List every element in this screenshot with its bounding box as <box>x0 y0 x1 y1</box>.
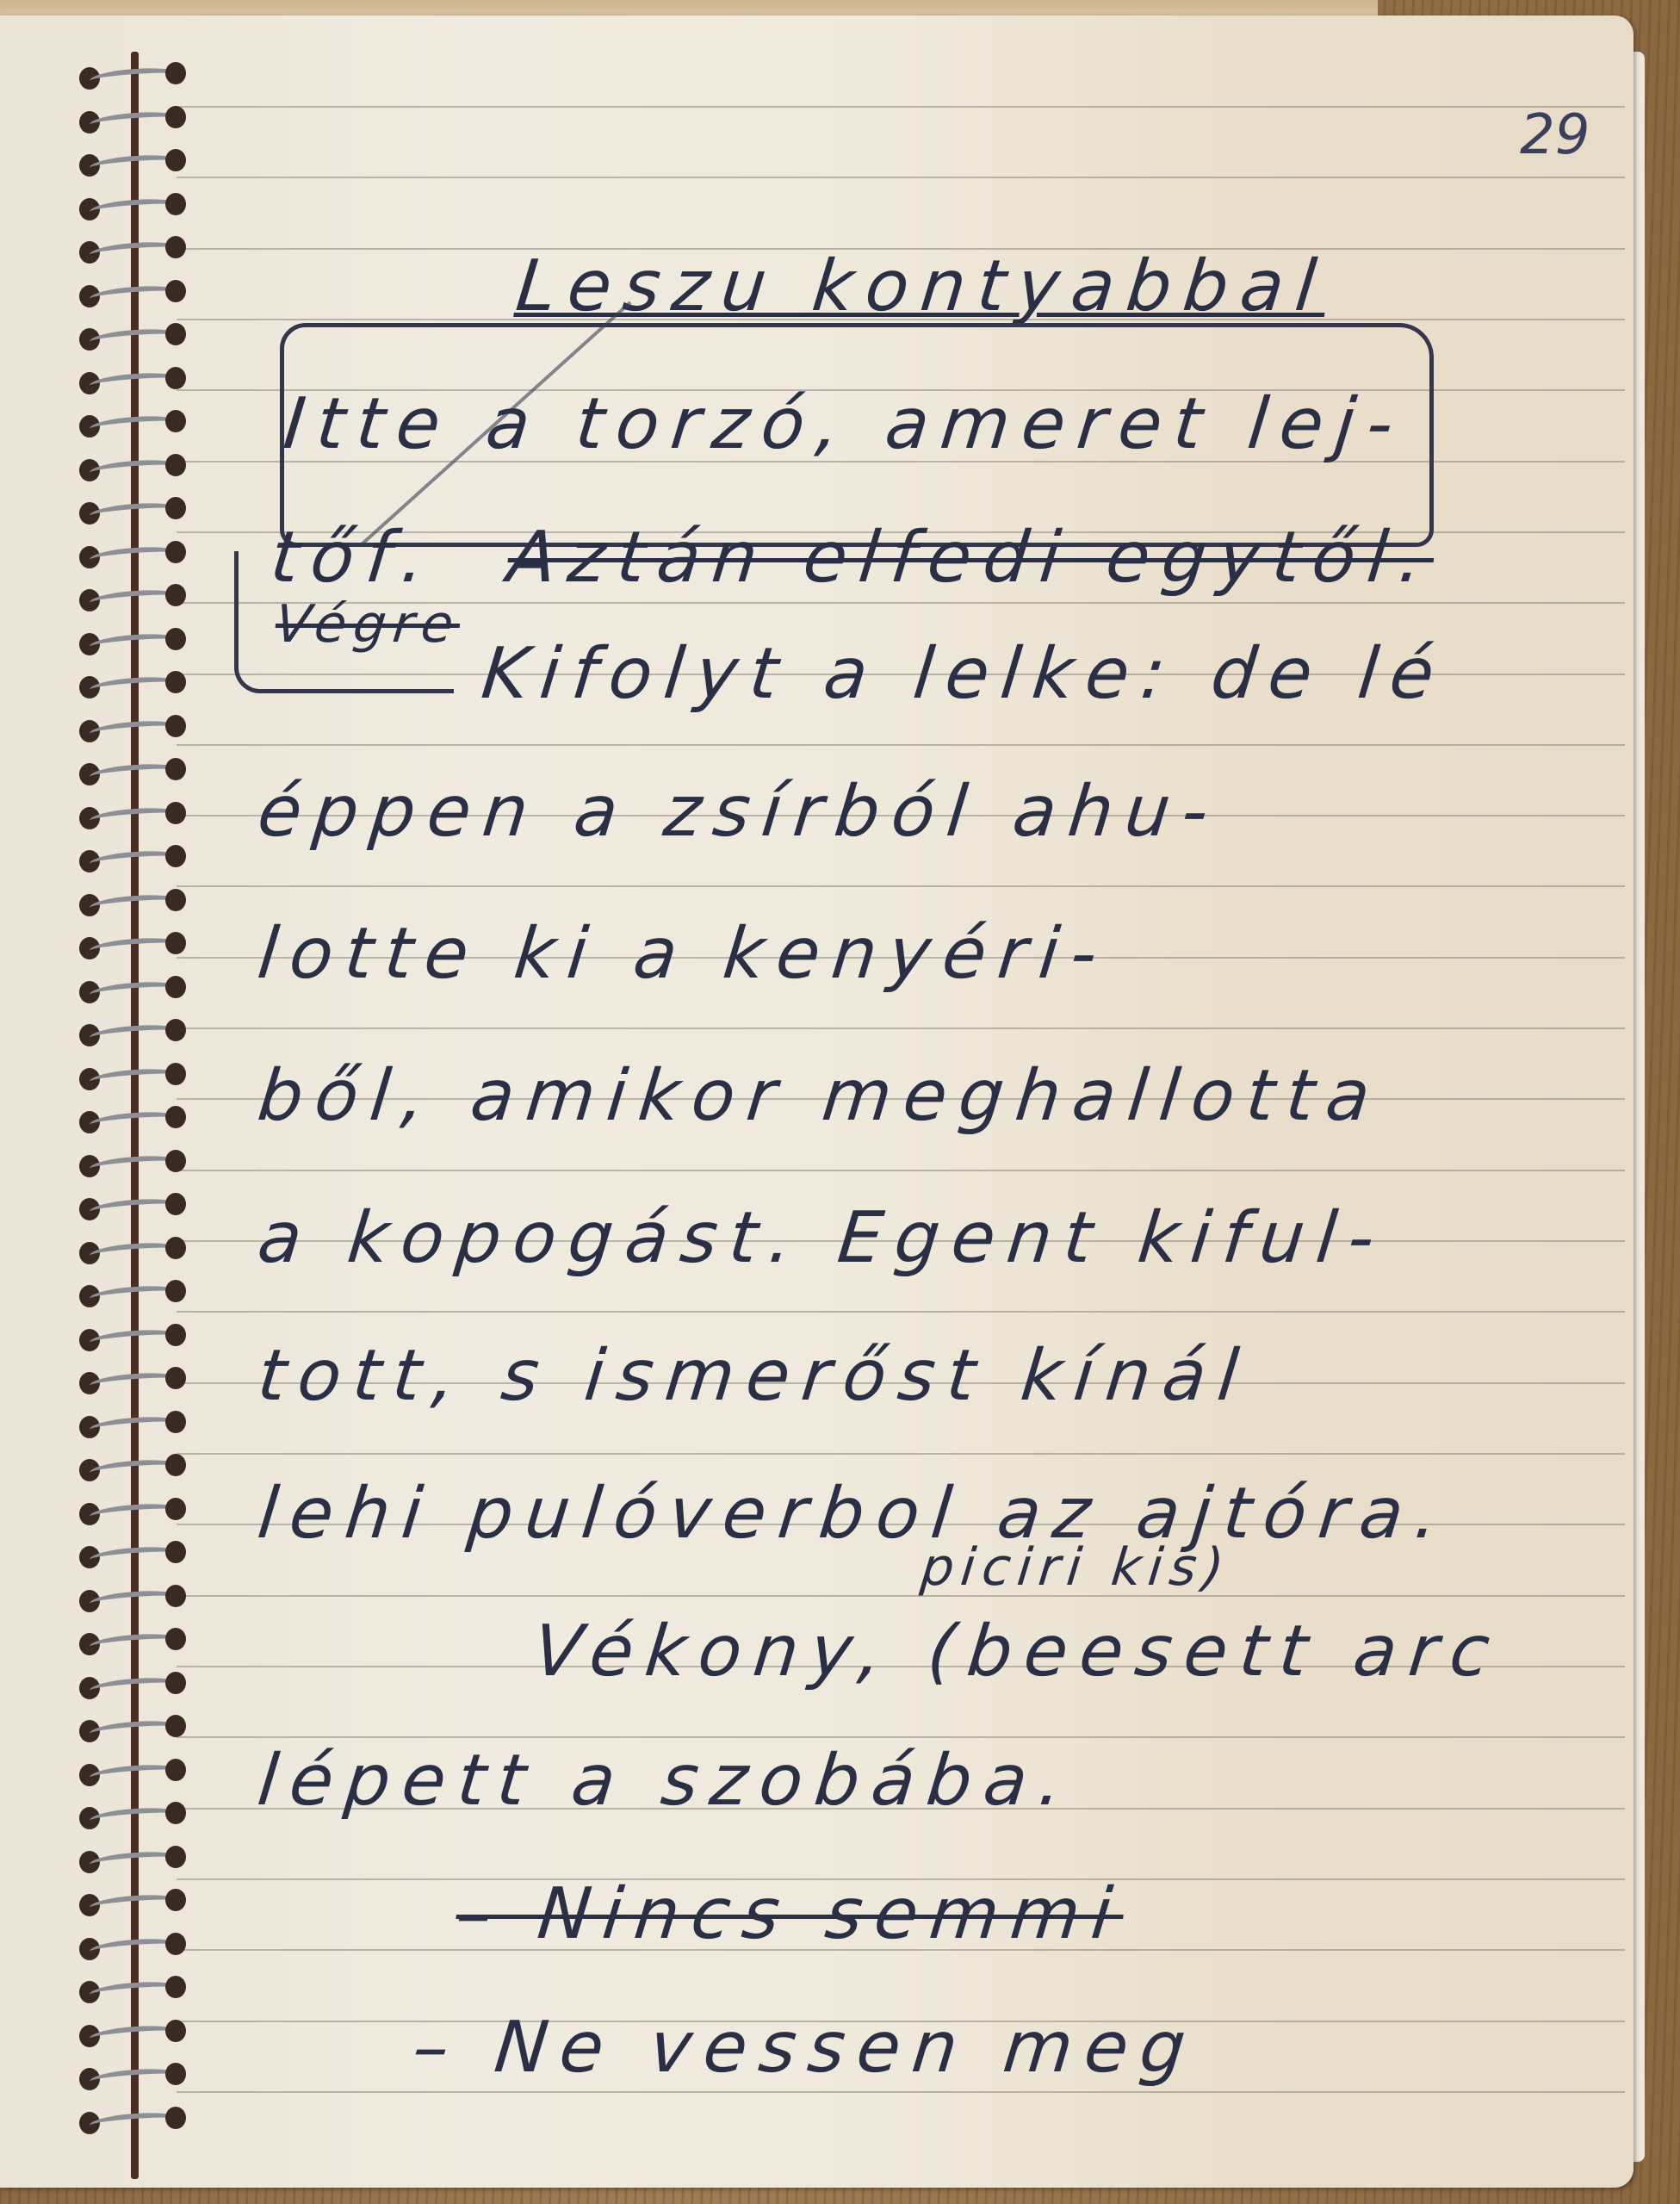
spiral-coil <box>79 1496 191 1530</box>
punch-hole <box>165 2020 186 2042</box>
spiral-coil <box>79 1670 191 1704</box>
spiral-coil <box>79 452 191 487</box>
spiral-coil <box>79 669 191 704</box>
spiral-coil <box>79 539 191 574</box>
punch-hole <box>165 1454 186 1476</box>
text-line: tott, s ismerőst kínál <box>254 1335 1254 1417</box>
spiral-coil <box>79 1409 191 1443</box>
spiral-coil <box>79 1844 191 1878</box>
punch-hole <box>165 454 186 476</box>
spiral-coil <box>79 278 191 313</box>
spiral-coil <box>79 1757 191 1791</box>
spiral-coil <box>79 930 191 965</box>
spiral-coil <box>79 2061 191 2095</box>
punch-hole <box>165 1585 186 1607</box>
spiral-coil <box>79 1322 191 1357</box>
spiral-coil <box>79 321 191 356</box>
ruled-line <box>177 1027 1625 1029</box>
spiral-coil <box>79 1061 191 1096</box>
punch-hole <box>165 2107 186 2129</box>
punch-hole <box>165 1106 186 1128</box>
punch-hole <box>165 845 186 867</box>
ruled-line <box>177 1170 1625 1171</box>
punch-hole <box>165 1889 186 1911</box>
punch-hole <box>165 715 186 737</box>
spiral-coil <box>79 1539 191 1574</box>
punch-hole <box>165 323 186 345</box>
punch-hole <box>165 1715 186 1737</box>
margin-struck-word: Végre <box>272 594 462 655</box>
spiral-coil <box>79 1278 191 1313</box>
punch-hole <box>165 2063 186 2085</box>
spiral-coil <box>79 843 191 878</box>
punch-hole <box>165 671 186 693</box>
punch-hole <box>165 1280 186 1302</box>
punch-hole <box>165 976 186 998</box>
title-struck: Leszu kontyabbal <box>512 245 1332 327</box>
punch-hole <box>165 367 186 389</box>
spiral-coil <box>79 1583 191 1617</box>
page-number: 29 <box>1520 103 1590 167</box>
punch-hole <box>165 62 186 84</box>
punch-hole <box>165 1802 186 1824</box>
punch-hole <box>165 802 186 824</box>
spiral-coil <box>79 1974 191 2008</box>
punch-hole <box>165 541 186 563</box>
spiral-coil <box>79 887 191 922</box>
spiral-coil <box>79 191 191 226</box>
punch-hole <box>165 410 186 432</box>
text-line: lehi pulóverbol az ajtóra. <box>254 1473 1454 1555</box>
punch-hole <box>165 1672 186 1694</box>
ruled-line <box>177 744 1625 746</box>
ruled-line <box>177 106 1625 108</box>
ruled-line <box>177 2091 1625 2093</box>
spiral-coil <box>79 60 191 95</box>
punch-hole <box>165 1411 186 1433</box>
punch-hole <box>165 758 186 780</box>
spiral-coil <box>79 1191 191 1226</box>
punch-hole <box>165 1541 186 1563</box>
punch-hole <box>165 1498 186 1520</box>
spiral-coil <box>79 234 191 269</box>
punch-hole <box>165 584 186 606</box>
punch-hole <box>165 1367 186 1389</box>
spiral-coil <box>79 1017 191 1052</box>
spiral-coil <box>79 365 191 400</box>
spiral-coil <box>79 974 191 1009</box>
ruled-line <box>177 1311 1625 1313</box>
spiral-coil <box>79 713 191 748</box>
punch-hole <box>165 106 186 128</box>
punch-hole <box>165 1324 186 1346</box>
punch-hole <box>165 628 186 650</box>
punch-hole <box>165 1063 186 1085</box>
spiral-coil <box>79 756 191 791</box>
boxed-line-1: Itte a torzó, ameret lej- <box>280 383 1409 465</box>
spiral-coil <box>79 147 191 182</box>
punch-hole <box>165 1933 186 1955</box>
ruled-line <box>177 1736 1625 1738</box>
spiral-coil <box>79 1452 191 1487</box>
punch-hole <box>165 1237 186 1259</box>
punch-hole <box>165 1193 186 1215</box>
spiral-coil <box>79 626 191 661</box>
text-line: ből, amikor meghallotta <box>254 1055 1386 1137</box>
spiral-coil <box>79 1800 191 1835</box>
ruled-line <box>177 1453 1625 1455</box>
spiral-coil <box>79 495 191 530</box>
insertion-text: piciri kis) <box>918 1537 1233 1598</box>
spiral-coil <box>79 1104 191 1139</box>
spiral-coil <box>79 1148 191 1183</box>
text-line: a kopogást. Egent kiful- <box>254 1197 1390 1279</box>
punch-hole <box>165 1628 186 1650</box>
spiral-coil <box>79 800 191 835</box>
text-line: – Ne vessen meg <box>409 2007 1201 2089</box>
spiral-coil <box>79 2018 191 2052</box>
text-line: lépett a szobába. <box>254 1740 1078 1822</box>
spiral-coil <box>79 1713 191 1748</box>
spiral-coil <box>79 1365 191 1400</box>
spiral-coil <box>79 2105 191 2139</box>
spiral-coil <box>79 1626 191 1661</box>
punch-hole <box>165 193 186 215</box>
punch-hole <box>165 1019 186 1041</box>
punch-hole <box>165 1759 186 1781</box>
spiral-coil <box>79 1887 191 1922</box>
ruled-line <box>177 177 1625 178</box>
struck-line-2: – Nincs semmi <box>452 1873 1128 1955</box>
spiral-coil <box>79 408 191 443</box>
spiral-coil <box>79 582 191 617</box>
ruled-line <box>177 885 1625 887</box>
punch-hole <box>165 889 186 911</box>
punch-hole <box>165 1976 186 1998</box>
punch-hole <box>165 497 186 519</box>
text-line: Vékony, (beesett arc <box>530 1611 1505 1692</box>
spiral-coil <box>79 1235 191 1270</box>
punch-hole <box>165 280 186 302</box>
punch-hole <box>165 236 186 258</box>
punch-hole <box>165 149 186 171</box>
punch-hole <box>165 932 186 954</box>
punch-hole <box>165 1150 186 1172</box>
text-line: éppen a zsírból ahu- <box>254 771 1224 853</box>
spiral-coil <box>79 104 191 139</box>
text-line: Kifolyt a lelke: de lé <box>478 633 1450 715</box>
punch-hole <box>165 1846 186 1868</box>
spiral-coil <box>79 1931 191 1965</box>
struck-line-1: Aztán elfedi egytől. <box>504 517 1438 599</box>
text-line: lotte ki a kenyéri- <box>254 913 1113 995</box>
ruled-line <box>177 1595 1625 1597</box>
